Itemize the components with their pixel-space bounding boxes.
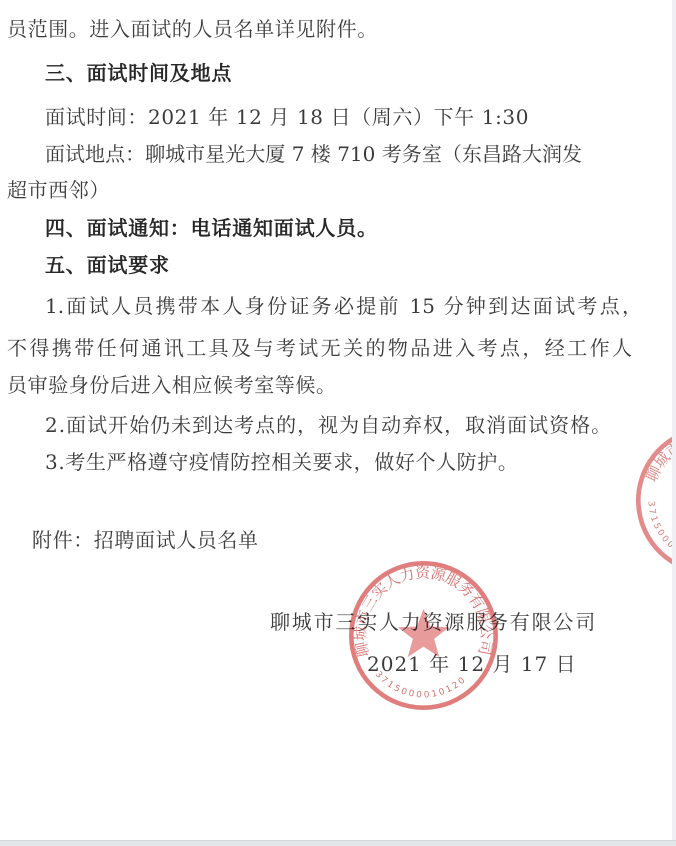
interview-location-line1: 面试地点：聊城市星光大厦 7 楼 710 考务室（东昌路大润发	[45, 141, 582, 167]
seal-ring	[609, 399, 676, 602]
seal-company-arc-text: 聊城市三实人力资源服务有限公司	[640, 400, 676, 564]
seal-star-icon	[398, 609, 449, 657]
scan-edge-bottom	[0, 840, 676, 846]
attachment-line: 附件：招聘面试人员名单	[32, 527, 259, 553]
company-seal-stamp: 聊城市三实人力资源服务有限公司 3715000010120	[341, 553, 506, 718]
section5-heading: 五、面试要求	[45, 252, 170, 278]
interview-time-line: 面试时间：2021 年 12 月 18 日（周六）下午 1:30	[45, 104, 529, 130]
scan-edge-right	[672, 0, 676, 846]
section4-heading: 四、面试通知：电话通知面试人员。	[45, 215, 378, 241]
requirement1-line2: 不得携带任何通讯工具及与考试无关的物品进入考点，经工作人	[7, 335, 632, 361]
requirement1-line3: 员审验身份后进入相应候考室等候。	[7, 372, 337, 398]
requirement3-line: 3.考生严格遵守疫情防控相关要求，做好个人防护。	[45, 449, 518, 475]
intro-paragraph-tail: 员范围。进入面试的人员名单详见附件。	[7, 16, 378, 42]
svg-text:聊城市三实人力资源服务有限公司: 聊城市三实人力资源服务有限公司	[640, 400, 676, 564]
interview-location-line2: 超市西邻）	[7, 177, 110, 203]
section3-heading: 三、面试时间及地点	[45, 60, 232, 86]
requirement1-line1: 1.面试人员携带本人身份证务必提前 15 分钟到达面试考点，	[45, 293, 642, 319]
page: 员范围。进入面试的人员名单详见附件。 三、面试时间及地点 面试时间：2021 年…	[0, 0, 676, 846]
requirement2-line: 2.面试开始仍未到达考点的，视为自动弃权，取消面试资格。	[45, 412, 612, 438]
